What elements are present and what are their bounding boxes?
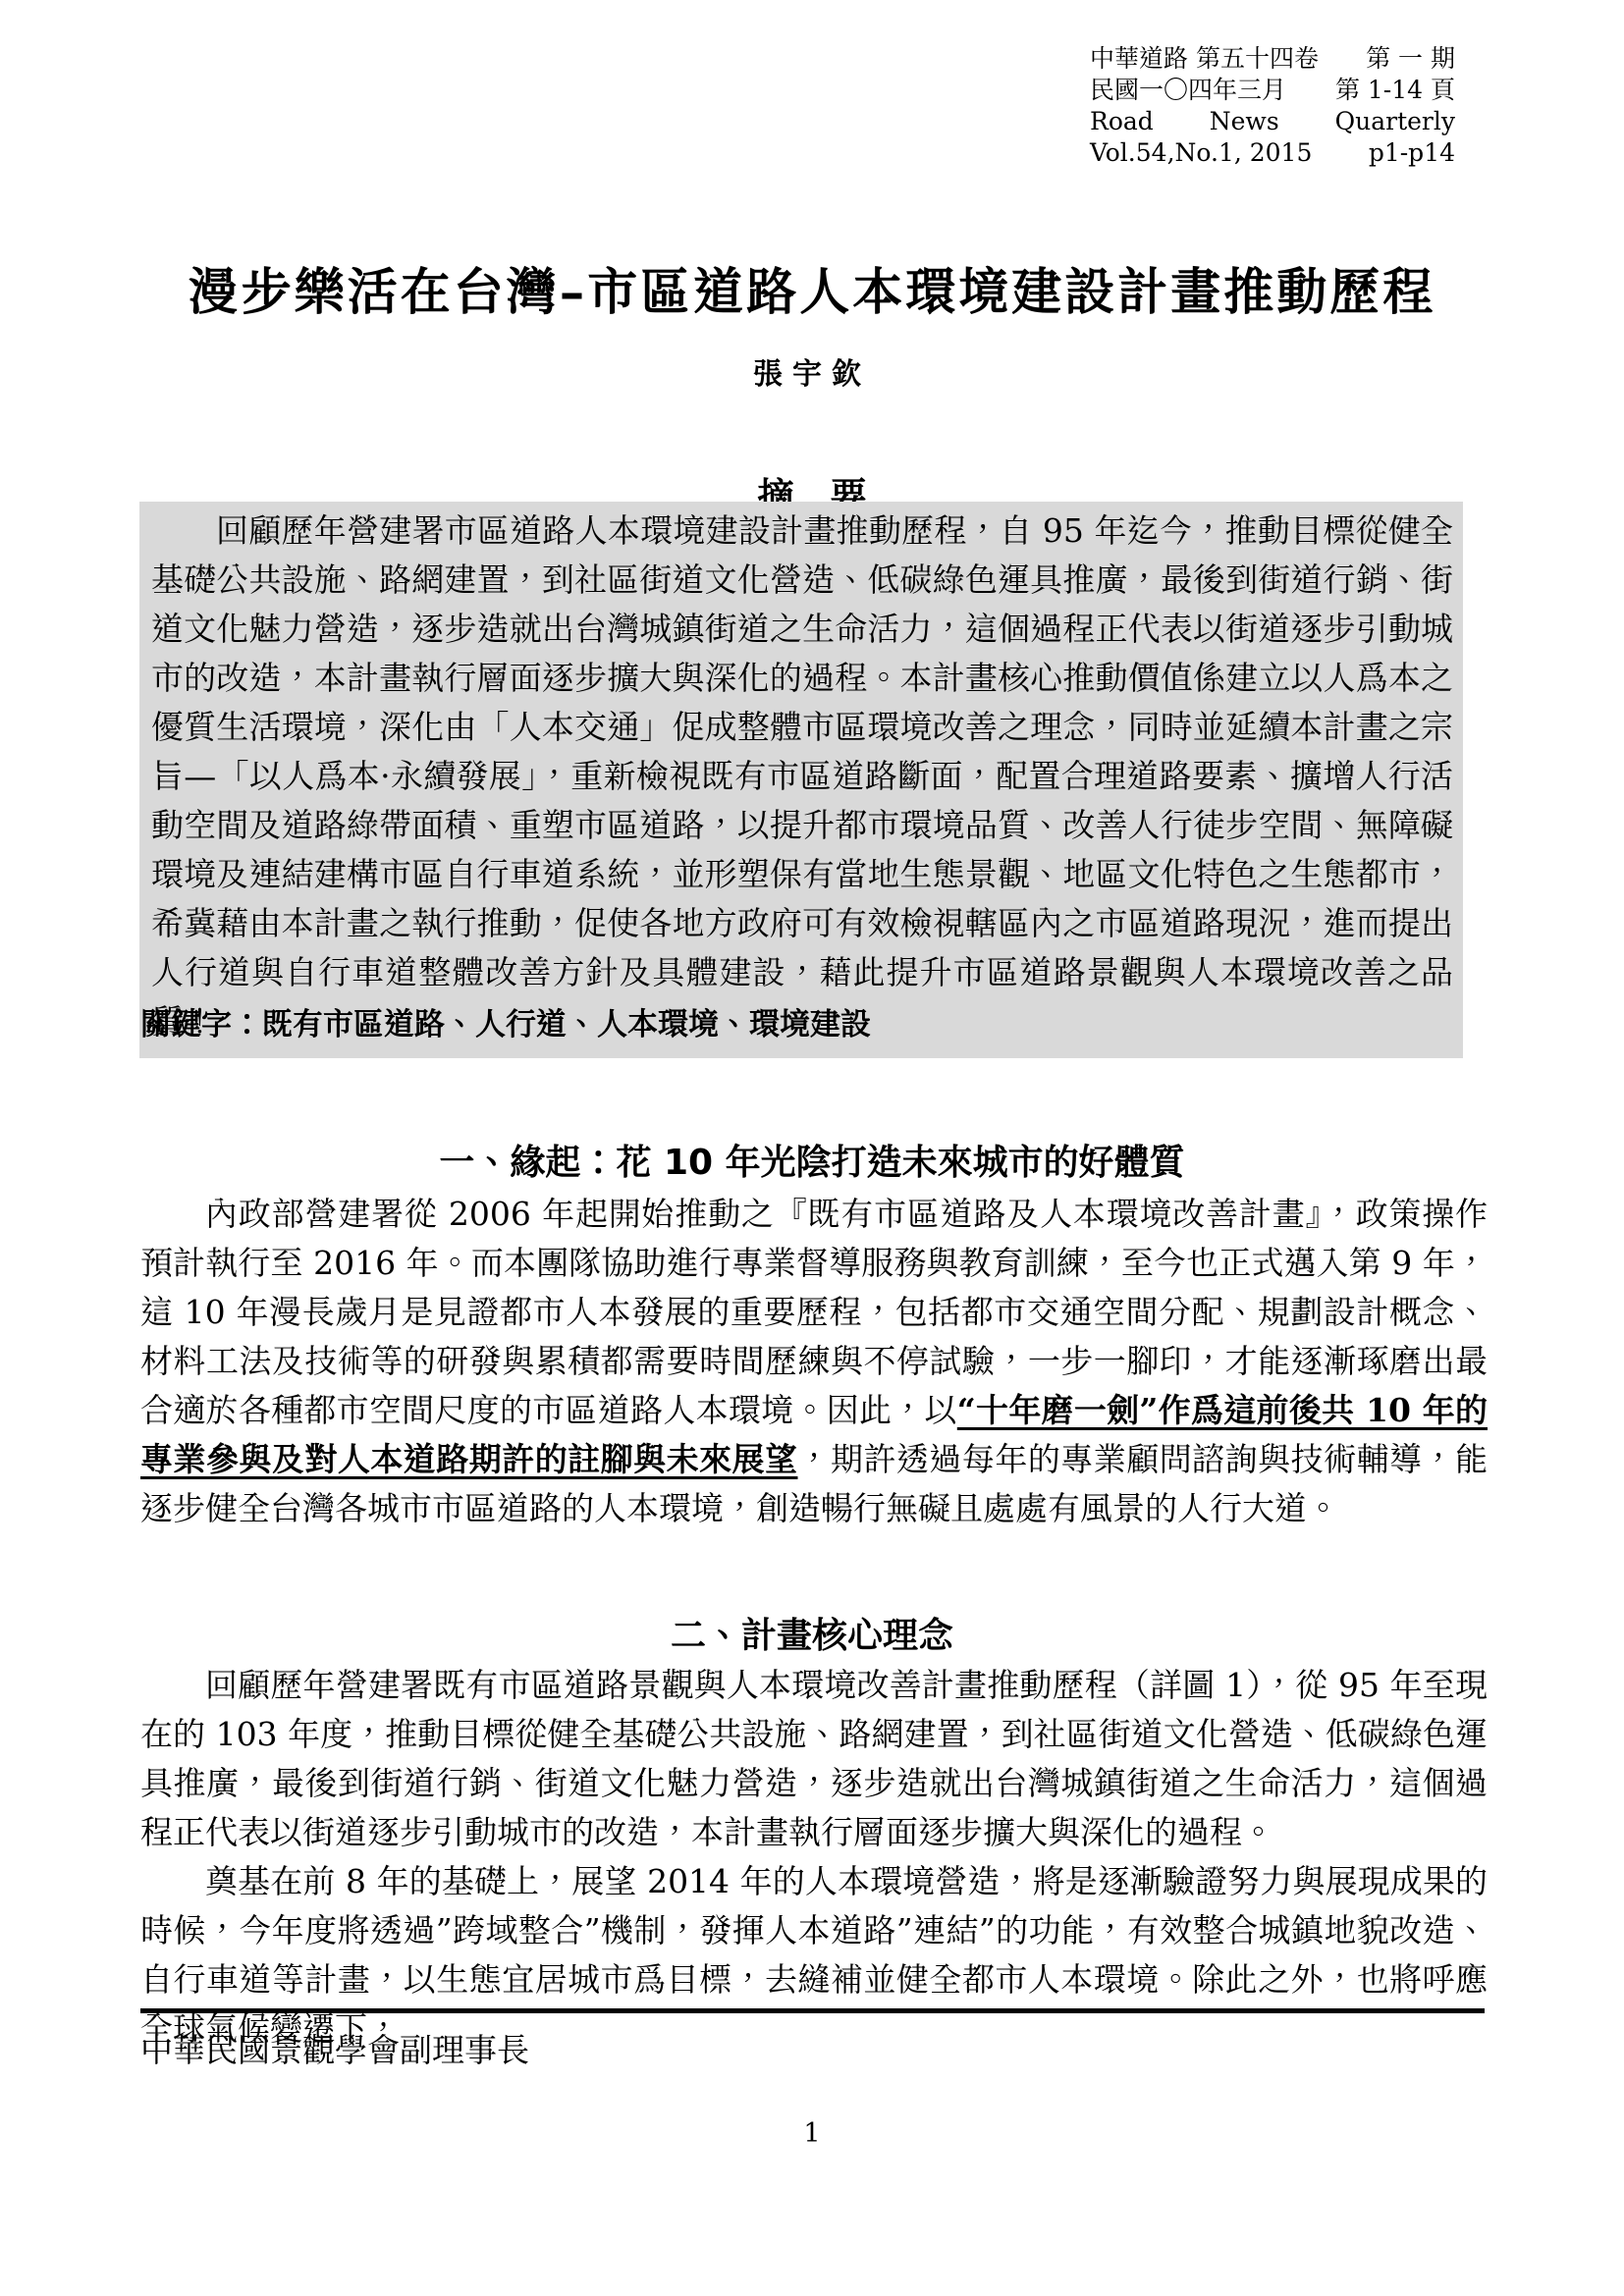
journal-date-line: 民國一〇四年三月 第 1-14 頁	[1090, 75, 1455, 106]
journal-date: 民國一〇四年三月	[1090, 75, 1286, 106]
article-title: 漫步樂活在台灣–市區道路人本環境建設計畫推動歷程	[79, 251, 1545, 324]
section-heading-2: 二、計畫核心理念	[0, 1608, 1624, 1658]
journal-pages: 第 1-14 頁	[1335, 75, 1455, 106]
page-number: 1	[0, 2118, 1624, 2149]
journal-english-volume: Vol.54,No.1, 2015	[1090, 137, 1312, 169]
keywords-line: 關鍵字：既有市區道路、人行道、人本環境、環境建設	[140, 1003, 1483, 1046]
journal-english-volume-line: Vol.54,No.1, 2015 p1-p14	[1090, 137, 1455, 169]
journal-name: 中華道路 第五十四卷	[1090, 43, 1319, 75]
journal-info: 中華道路 第五十四卷 第 一 期 民國一〇四年三月 第 1-14 頁 Road …	[1090, 43, 1455, 169]
section2-paragraph-1: 回顧歷年營建署既有市區道路景觀與人本環境改善計畫推動歷程（詳圖 1），從 95 …	[140, 1661, 1488, 1857]
author-name: 張宇欽	[0, 349, 1624, 393]
journal-volume-line: 中華道路 第五十四卷 第 一 期	[1090, 43, 1455, 75]
section1-paragraph: 內政部營建署從 2006 年起開始推動之『既有市區道路及人本環境改善計畫』，政策…	[140, 1190, 1488, 1533]
abstract-text: 回顧歷年營建署市區道路人本環境建設計畫推動歷程，自 95 年迄今，推動目標從健全…	[151, 507, 1453, 1046]
document-page: 中華道路 第五十四卷 第 一 期 民國一〇四年三月 第 1-14 頁 Road …	[0, 0, 1624, 2296]
journal-english-name: Road News Quarterly	[1090, 106, 1455, 137]
journal-issue: 第 一 期	[1366, 43, 1455, 75]
author-affiliation-note: 中華民國景觀學會副理事長	[140, 2025, 1485, 2071]
footnote-area: 中華民國景觀學會副理事長	[140, 2008, 1485, 2071]
journal-english-pages: p1-p14	[1369, 137, 1455, 169]
section-heading-1: 一、緣起：花 10 年光陰打造未來城市的好體質	[0, 1135, 1624, 1185]
abstract-box: 回顧歷年營建署市區道路人本環境建設計畫推動歷程，自 95 年迄今，推動目標從健全…	[139, 502, 1463, 1058]
